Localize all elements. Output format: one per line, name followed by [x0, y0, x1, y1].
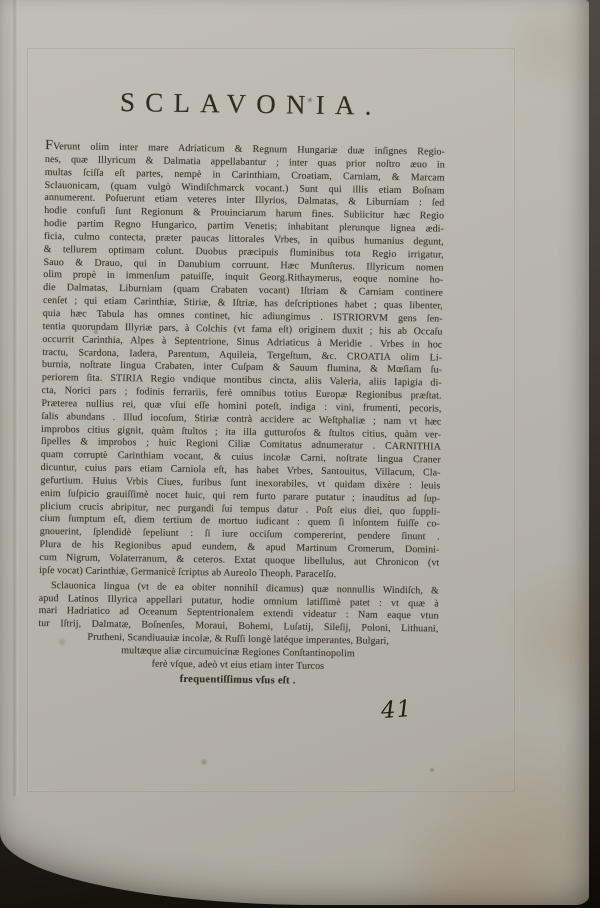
paragraph-main: FVerunt olim inter mare Adriaticum & Reg… — [39, 140, 445, 583]
book-page: SCLAVONIA. FVerunt olim inter mare Adria… — [0, 0, 589, 905]
page-title: SCLAVONIA. — [46, 84, 446, 124]
paragraph-language: Sclauonica lingua (vt de ea obiter nonni… — [38, 580, 439, 637]
page-number-handwritten: 41 — [380, 696, 413, 724]
photo-background: SCLAVONIA. FVerunt olim inter mare Adria… — [0, 0, 600, 908]
paragraph-language-taper: Prutheni, Scandiuauiæ incolæ, & Ruſſi lo… — [38, 631, 438, 675]
text-block: SCLAVONIA. FVerunt olim inter mare Adria… — [38, 84, 446, 689]
page-crease — [12, 0, 19, 796]
